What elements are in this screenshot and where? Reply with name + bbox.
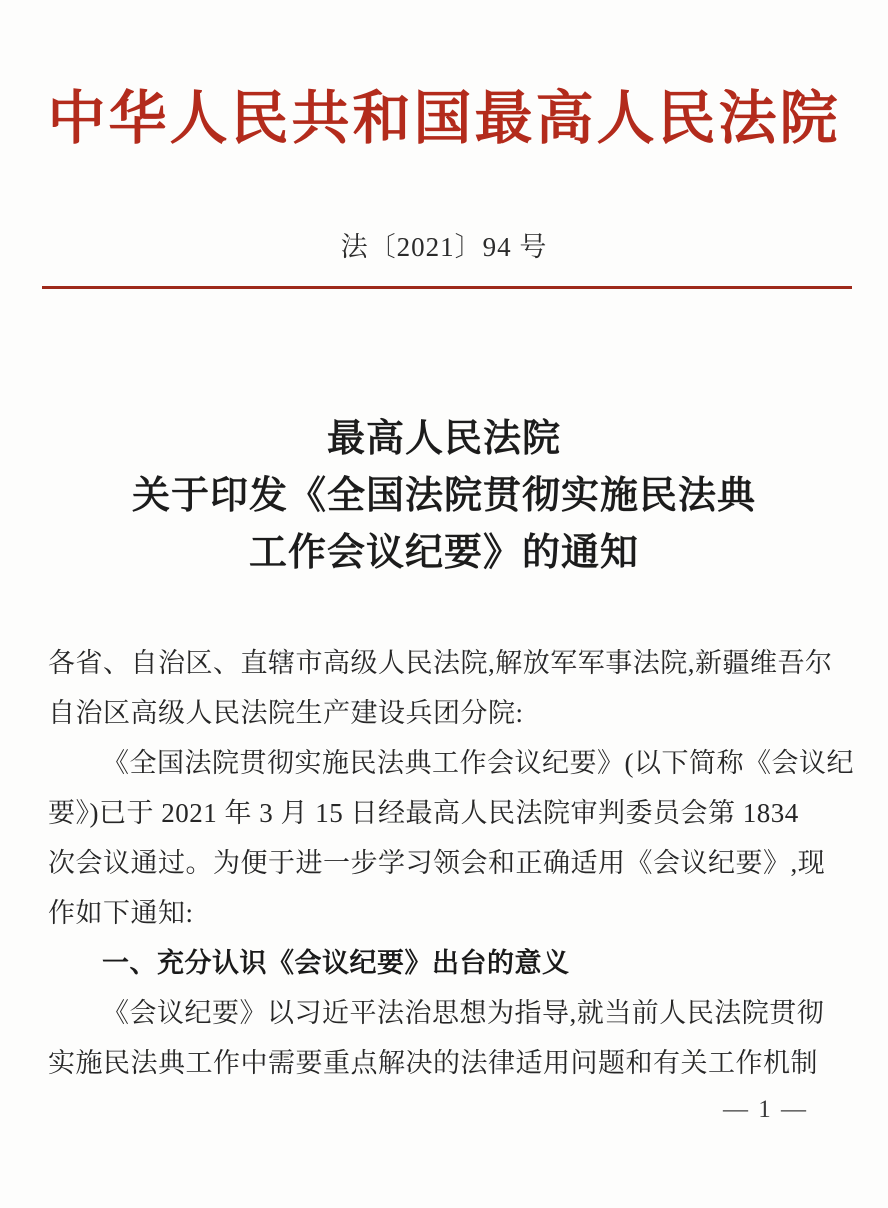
page-number: — 1 — <box>723 1096 808 1124</box>
letterhead-org-name: 中华人民共和国最高人民法院 <box>0 78 888 160</box>
document-title: 最高人民法院 关于印发《全国法院贯彻实施民法典 工作会议纪要》的通知 <box>0 411 888 582</box>
body-line-addressees-1: 各省、自治区、直辖市高级人民法院,解放军军事法院,新疆维吾尔 <box>48 638 846 688</box>
body-line-paragraph-1-end: 作如下通知: <box>48 888 846 938</box>
document-title-line-1: 最高人民法院 <box>0 411 888 468</box>
body-line-addressees-2: 自治区高级人民法院生产建设兵团分院: <box>48 688 846 738</box>
body-line-paragraph-2-start: 《会议纪要》以习近平法治思想为指导,就当前人民法院贯彻 <box>48 988 846 1038</box>
body-line-paragraph-1-cont-2: 次会议通过。为便于进一步学习领会和正确适用《会议纪要》,现 <box>48 838 846 888</box>
document-page: 中华人民共和国最高人民法院 法〔2021〕94 号 最高人民法院 关于印发《全国… <box>0 0 888 1208</box>
document-title-line-3: 工作会议纪要》的通知 <box>0 525 888 582</box>
body-line-paragraph-1-start: 《全国法院贯彻实施民法典工作会议纪要》(以下简称《会议纪 <box>48 738 846 788</box>
red-separator-rule <box>42 286 852 289</box>
body-section-heading-1: 一、充分认识《会议纪要》出台的意义 <box>48 938 846 988</box>
document-title-line-2: 关于印发《全国法院贯彻实施民法典 <box>0 468 888 525</box>
document-reference-number: 法〔2021〕94 号 <box>0 230 888 264</box>
document-body: 各省、自治区、直辖市高级人民法院,解放军军事法院,新疆维吾尔 自治区高级人民法院… <box>48 638 846 1088</box>
body-line-paragraph-2-cont: 实施民法典工作中需要重点解决的法律适用问题和有关工作机制 <box>48 1038 846 1088</box>
body-line-paragraph-1-cont: 要》)已于 2021 年 3 月 15 日经最高人民法院审判委员会第 1834 <box>48 788 846 838</box>
